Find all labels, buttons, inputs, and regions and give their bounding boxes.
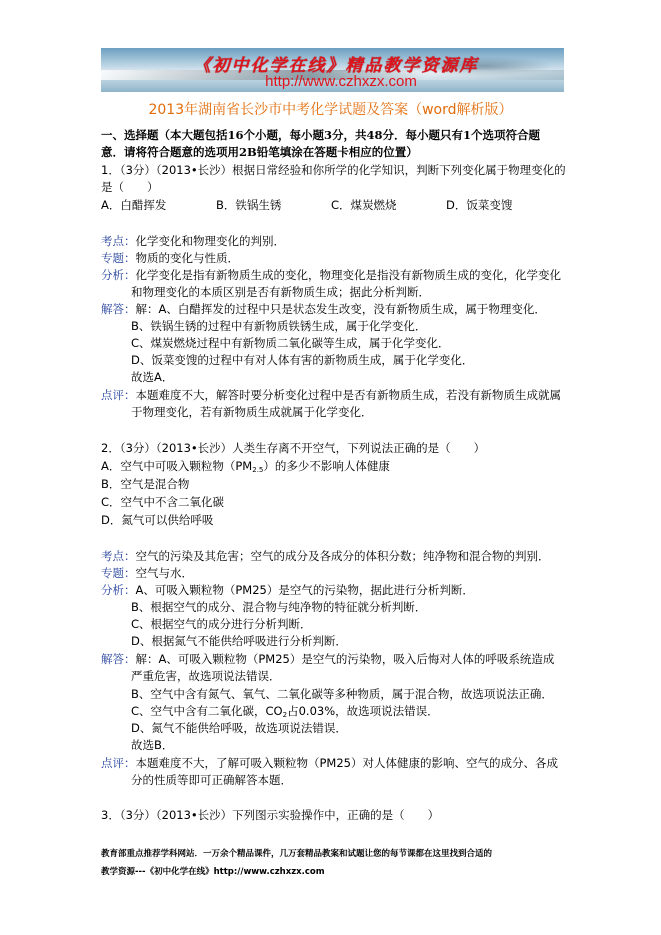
q1-dianping-line1: 本题难度不大，解答时要分析变化过程中是否有新物质生成，若没有新物质生成就属 [136,388,562,402]
q1-zhuanti-text: 物质的变化与性质． [136,251,240,265]
q2-dianping-label: 点评： [101,756,136,770]
q2-option-a-text: A．空气中可吸入颗粒物（PM [101,459,252,473]
q1-kaodian-text: 化学变化和物理变化的判别． [136,234,286,248]
q2-jieda-line5: D、氮气不能供给呼吸，故选项说法错误． [131,720,347,736]
q2-dianping-line1: 本题难度不大，了解可吸入颗粒物（PM25）对人体健康的影响、空气的成分、各成 [136,756,559,770]
q1-option-b: B．铁锅生锈 [216,197,331,213]
q2-zhuanti-text: 空气与水． [136,566,194,580]
q1-fenxi-line2: 和物理变化的本质区别是否有新物质生成；据此分析判断． [131,284,430,300]
section-heading-line2: 意．请将符合题意的选项用2B铅笔填涂在答题卡相应的位置） [101,144,418,160]
q1-jieda: 解答：解：A、白醋挥发的过程中只是状态发生改变，没有新物质生成，属于物理变化． [101,301,546,317]
q2-dianping: 点评：本题难度不大，了解可吸入颗粒物（PM25）对人体健康的影响、空气的成分、各… [101,755,558,771]
q1-jieda-label: 解答： [101,302,136,316]
footer-line1: 教育部重点推荐学科网站．一万余个精品课件，几万套精品教案和试题让您的每节课都在这… [101,848,492,861]
q1-fenxi: 分析：化学变化是指有新物质生成的变化，物理变化是指没有新物质生成的变化，化学变化 [101,267,561,283]
q1-jieda-line2: B、铁锅生锈的过程中有新物质铁锈生成，属于化学变化． [131,318,426,334]
footer-line2: 教学资源---《初中化学在线》http://www.czhxzx.com [101,866,325,879]
section-heading-line1: 一、选择题（本大题包括16个小题，每小题3分，共48分．每小题只有1个选项符合题 [101,127,540,143]
document-title: 2013年湖南省长沙市中考化学试题及答案（word解析版） [0,99,661,119]
q1-option-a: A．白醋挥发 [101,197,216,213]
q2-option-a: A．空气中可吸入颗粒物（PM2.5）的多少不影响人体健康 [101,458,390,478]
q2-kaodian: 考点：空气的污染及其危害；空气的成分及各成分的体积分数；纯净物和混合物的判别． [101,548,550,564]
q1-dianping-label: 点评： [101,388,136,402]
q2-option-d: D．氮气可以供给呼吸 [101,512,213,528]
q2-jieda-line1: 解：A、可吸入颗粒物（PM25）是空气的污染物，吸入后悔对人体的呼吸系统造成 [136,652,555,666]
q2-option-a-subscript: 2.5 [252,466,263,474]
q2-dianping-line2: 分的性质等即可正确解答本题． [131,772,292,788]
q2-zhuanti-label: 专题： [101,566,136,580]
q2-jieda-line2: 严重危害，故选项说法错误． [131,668,281,684]
q2-fenxi-line3: C、根据空气的成分进行分析判断． [131,616,312,632]
q2-jieda-line4-text-end: 占0.03%，故选项说法错误． [287,704,439,718]
q2-option-c: C．空气中不含二氧化碳 [101,494,224,510]
q2-jieda-line3: B、空气中含有氮气、氧气、二氧化碳等多种物质，属于混合物，故选项说法正确． [131,686,553,702]
banner-url: http://www.czhxzx.com [241,73,441,90]
q1-zhuanti-label: 专题： [101,251,136,265]
header-banner-image: 《初中化学在线》精品教学资源库 http://www.czhxzx.com [101,48,564,92]
q2-option-a-text-end: ）的多少不影响人体健康 [263,459,390,473]
q2-fenxi-label: 分析： [101,583,136,597]
q2-kaodian-text: 空气的污染及其危害；空气的成分及各成分的体积分数；纯净物和混合物的判别． [136,549,550,563]
q1-option-c: C．煤炭燃烧 [331,197,446,213]
q2-option-b: B．空气是混合物 [101,476,189,492]
q1-kaodian-label: 考点： [101,234,136,248]
q1-option-d: D．饭菜变馊 [446,197,512,213]
q1-zhuanti: 专题：物质的变化与性质． [101,250,239,266]
q1-stem-line2: 是（ ） [101,179,159,195]
q2-zhuanti: 专题：空气与水． [101,565,193,581]
q1-jieda-line4: D、饭菜变馊的过程中有对人体有害的新物质生成，属于化学变化． [131,352,473,368]
q1-jieda-line5: 故选A． [131,369,173,385]
q1-jieda-line1: 解：A、白醋挥发的过程中只是状态发生改变，没有新物质生成，属于物理变化． [136,302,546,316]
q2-jieda-label: 解答： [101,652,136,666]
q2-fenxi-line1: A、可吸入颗粒物（PM25）是空气的污染物，据此进行分析判断． [136,583,474,597]
q3-stem: 3．（3分）（2013•长沙）下列图示实验操作中，正确的是（ ） [101,807,439,823]
q1-fenxi-line1: 化学变化是指有新物质生成的变化，物理变化是指没有新物质生成的变化，化学变化 [136,268,562,282]
q1-stem-line1: 1．（3分）（2013•长沙）根据日常经验和你所学的化学知识，判断下列变化属于物… [101,162,566,178]
q1-fenxi-label: 分析： [101,268,136,282]
q2-fenxi-line2: B、根据空气的成分、混合物与纯净物的特征就分析判断． [131,599,426,615]
q2-jieda: 解答：解：A、可吸入颗粒物（PM25）是空气的污染物，吸入后悔对人体的呼吸系统造… [101,651,554,667]
q1-options: A．白醋挥发B．铁锅生锈C．煤炭燃烧D．饭菜变馊 [101,197,561,213]
q1-dianping-line2: 于物理变化，若有新物质生成就属于化学变化． [131,404,373,420]
q1-dianping: 点评：本题难度不大，解答时要分析变化过程中是否有新物质生成，若没有新物质生成就属 [101,387,561,403]
q2-kaodian-label: 考点： [101,549,136,563]
q1-jieda-line3: C、煤炭燃烧过程中有新物质二氧化碳等生成，属于化学变化． [131,335,450,351]
q2-fenxi-line4: D、根据氮气不能供给呼吸进行分析判断． [131,633,347,649]
document-page: 《初中化学在线》精品教学资源库 http://www.czhxzx.com 20… [0,0,661,935]
q2-stem: 2．（3分）（2013•长沙）人类生存离不开空气，下列说法正确的是（ ） [101,440,485,456]
q2-fenxi: 分析：A、可吸入颗粒物（PM25）是空气的污染物，据此进行分析判断． [101,582,474,598]
q2-jieda-line4-text: C、空气中含有二氧化碳，CO [131,704,283,718]
q2-jieda-line6: 故选B． [131,737,173,753]
q1-kaodian: 考点：化学变化和物理变化的判别． [101,233,285,249]
